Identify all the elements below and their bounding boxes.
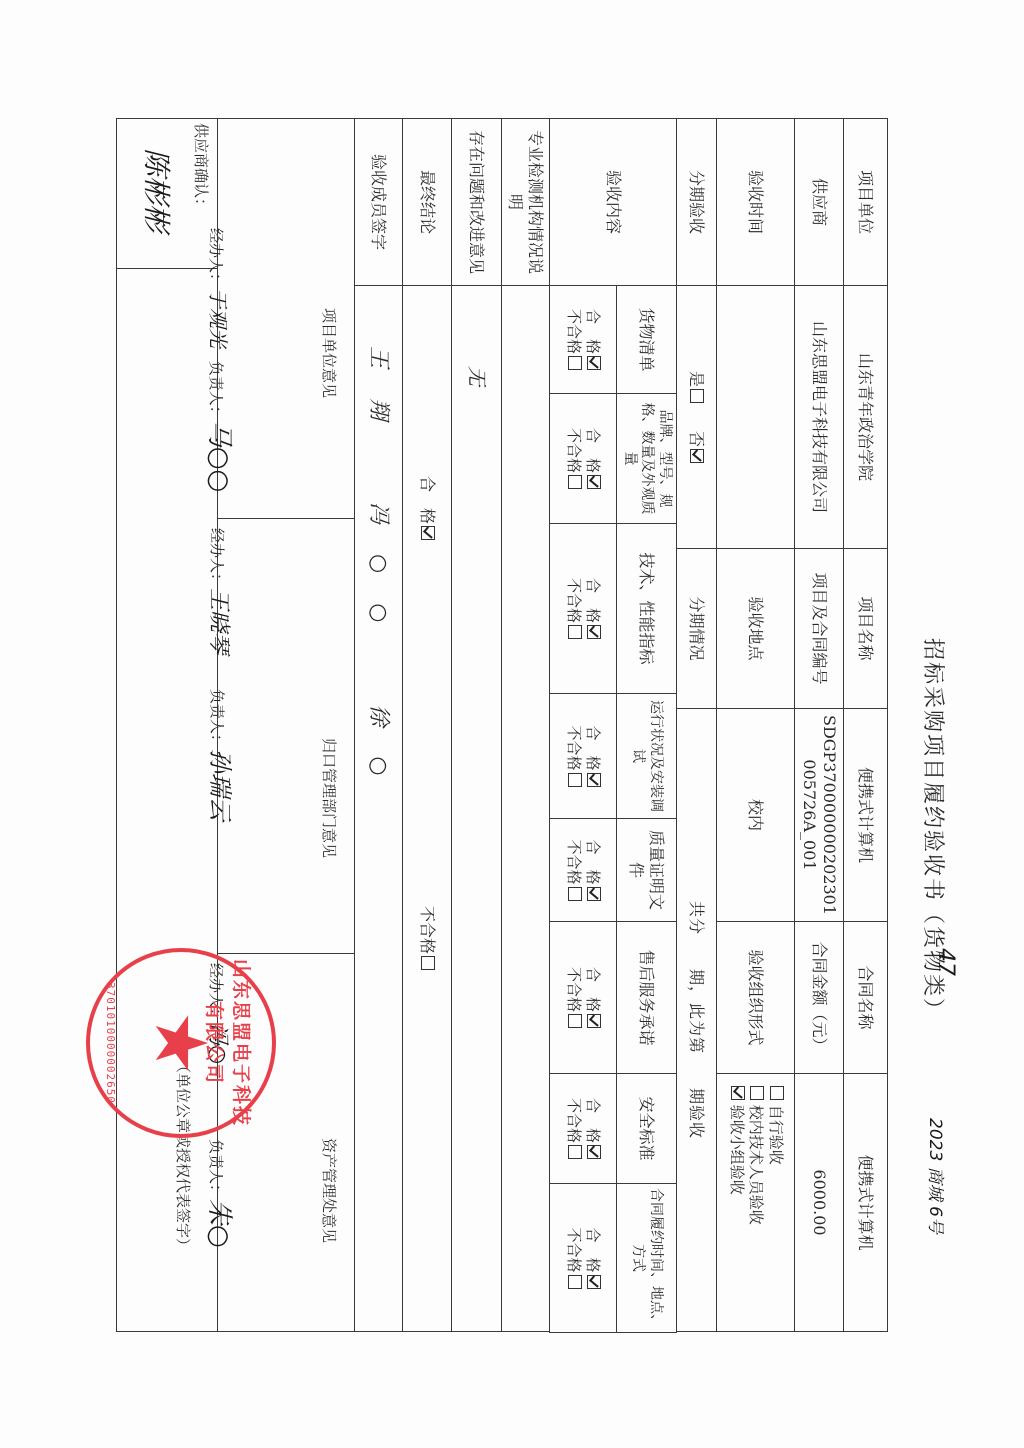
pass-option[interactable]: 合 格 bbox=[583, 1227, 603, 1288]
issues-label: 存在问题和改进意见 bbox=[451, 118, 502, 286]
asset-dept-opinion-title: 资产管理处意见 bbox=[319, 1138, 340, 1243]
inspection-item-label: 安全标准 bbox=[616, 1073, 677, 1184]
fail-option[interactable]: 不合格 bbox=[564, 967, 584, 1028]
fail-option[interactable]: 不合格 bbox=[564, 1227, 584, 1288]
checkbox-no-checked[interactable] bbox=[691, 449, 705, 463]
checkbox-panel-checked[interactable] bbox=[731, 1086, 745, 1100]
pass-option[interactable]: 合 格 bbox=[583, 839, 603, 900]
checkbox-final-pass-checked[interactable] bbox=[421, 526, 435, 540]
inspection-item-result: 合 格不合格 bbox=[549, 818, 617, 922]
checkbox-self[interactable] bbox=[770, 1086, 784, 1100]
pass-option[interactable]: 合 格 bbox=[583, 578, 603, 639]
installment-options: 是 否 bbox=[676, 285, 717, 549]
fail-option[interactable]: 不合格 bbox=[564, 725, 584, 786]
checkbox-fail[interactable] bbox=[568, 887, 582, 901]
acceptance-time-value[interactable] bbox=[716, 285, 795, 549]
checkbox-pass[interactable] bbox=[588, 625, 602, 639]
checkbox-fail[interactable] bbox=[568, 773, 582, 787]
acceptance-org-label: 验收组织形式 bbox=[716, 921, 795, 1074]
checkbox-pass[interactable] bbox=[588, 773, 602, 787]
fail-option[interactable]: 不合格 bbox=[564, 839, 584, 900]
inspection-item-result: 合 格不合格 bbox=[549, 1073, 617, 1184]
pass-option[interactable]: 合 格 bbox=[583, 428, 603, 489]
final-pass[interactable]: 合 格 bbox=[417, 476, 437, 540]
members-sign-label: 验收成员签字 bbox=[354, 118, 403, 286]
inspection-item-result: 合 格不合格 bbox=[549, 523, 617, 694]
final-fail[interactable]: 不合格 bbox=[417, 906, 437, 970]
project-name-value: 便携式计算机 bbox=[843, 708, 888, 922]
checkbox-fail[interactable] bbox=[568, 475, 582, 489]
contract-name-label: 合同名称 bbox=[843, 921, 888, 1074]
final-conclusion-options: 合 格 不合格 bbox=[402, 285, 452, 1332]
inspection-item-label: 运行状况及安装调试 bbox=[616, 693, 677, 819]
acceptance-place-label: 验收地点 bbox=[716, 548, 795, 709]
supplier-value: 山东思盟电子科技有限公司 bbox=[794, 285, 844, 549]
inspection-item-label: 合同履约时间、地点、方式 bbox=[616, 1183, 677, 1333]
inspection-item-label: 品牌、型号、规格、数量及外观质量 bbox=[616, 393, 677, 524]
checkbox-pass[interactable] bbox=[588, 1145, 602, 1159]
inspection-item-label: 质量证明文件 bbox=[616, 818, 677, 922]
contract-amount-value: 6000.00 bbox=[794, 1073, 844, 1332]
project-unit-label: 项目单位 bbox=[843, 118, 888, 286]
inspection-label: 验收内容 bbox=[549, 118, 677, 286]
project-unit-opinion-title: 项目单位意见 bbox=[319, 308, 340, 398]
inspection-item-label: 售后服务承诺 bbox=[616, 921, 677, 1074]
inspection-agency-label: 专业检测机构情况说明 bbox=[501, 118, 550, 286]
divider bbox=[218, 518, 355, 519]
fail-option[interactable]: 不合格 bbox=[564, 578, 584, 639]
installment-status-label: 分期情况 bbox=[676, 548, 717, 709]
inspection-item-result: 合 格不合格 bbox=[549, 693, 617, 819]
checkbox-pass[interactable] bbox=[588, 356, 602, 370]
inspection-item-result: 合 格不合格 bbox=[549, 285, 617, 394]
admin-dept-opinion-title: 归口管理部门意见 bbox=[319, 738, 340, 858]
checkbox-pass[interactable] bbox=[588, 887, 602, 901]
installment-status-text: 共分 期，此为第 期验收 bbox=[676, 708, 717, 1332]
checkbox-pass[interactable] bbox=[588, 475, 602, 489]
company-seal: 山东思盟电子科技有限公司 ★ 3701010000002650 bbox=[86, 948, 276, 1138]
inspection-item-result: 合 格不合格 bbox=[549, 1183, 617, 1333]
inspection-agency-value[interactable] bbox=[501, 285, 550, 1332]
installment-label: 分期验收 bbox=[676, 118, 717, 286]
org-option-tech-staff[interactable]: 校内技术人员验收 bbox=[746, 1084, 766, 1225]
fail-option[interactable]: 不合格 bbox=[564, 428, 584, 489]
inspection-item-result: 合 格不合格 bbox=[549, 921, 617, 1074]
checkbox-pass[interactable] bbox=[588, 1014, 602, 1028]
contract-no-value: SDGP370000000202301005726A_001 bbox=[794, 708, 844, 922]
checkbox-fail[interactable] bbox=[568, 1145, 582, 1159]
pass-option[interactable]: 合 格 bbox=[583, 967, 603, 1028]
project-unit-signatures: 经办人：于观光 负责人：马○○ bbox=[203, 228, 240, 492]
page-number-mark: 47 bbox=[933, 948, 958, 976]
contract-no-label: 项目及合同编号 bbox=[794, 548, 844, 709]
inspection-item-label: 技术、性能指标 bbox=[616, 523, 677, 694]
supplier-label: 供应商 bbox=[794, 118, 844, 286]
inspection-item-result: 合 格不合格 bbox=[549, 393, 617, 524]
members-signatures[interactable]: 王翔 冯○○ 徐○ bbox=[354, 285, 403, 1332]
contract-name-value: 便携式计算机 bbox=[843, 1073, 888, 1332]
acceptance-place-value: 校内 bbox=[716, 708, 795, 922]
checkbox-fail[interactable] bbox=[568, 1014, 582, 1028]
installment-no[interactable]: 否 bbox=[687, 431, 707, 463]
org-option-panel[interactable]: 验收小组验收 bbox=[726, 1084, 746, 1195]
archive-mark: 2023 商城 6号 bbox=[925, 1118, 950, 1234]
fail-option[interactable]: 不合格 bbox=[564, 309, 584, 370]
checkbox-pass[interactable] bbox=[588, 1275, 602, 1289]
final-conclusion-label: 最终结论 bbox=[402, 118, 452, 286]
org-option-self[interactable]: 自行验收 bbox=[765, 1084, 785, 1165]
project-name-label: 项目名称 bbox=[843, 548, 888, 709]
issues-value[interactable]: 无 bbox=[451, 285, 502, 1332]
acceptance-form-page: 招标采购项目履约验收书（货物类） 47 2023 商城 6号 项目单位 山东青年… bbox=[116, 118, 888, 1332]
checkbox-fail[interactable] bbox=[568, 356, 582, 370]
checkbox-final-fail[interactable] bbox=[421, 956, 435, 970]
seal-number: 3701010000002650 bbox=[104, 952, 117, 1134]
checkbox-fail[interactable] bbox=[568, 1275, 582, 1289]
pass-option[interactable]: 合 格 bbox=[583, 1098, 603, 1159]
installment-yes[interactable]: 是 bbox=[687, 371, 707, 403]
supplier-signature[interactable]: 陈彬彬 bbox=[138, 148, 178, 232]
project-unit-value: 山东青年政治学院 bbox=[843, 285, 888, 549]
pass-option[interactable]: 合 格 bbox=[583, 725, 603, 786]
star-icon: ★ bbox=[145, 1011, 217, 1076]
acceptance-org-options: 自行验收 校内技术人员验收 验收小组验收 bbox=[716, 1073, 795, 1332]
supplier-confirm-label: 供应商确认： bbox=[191, 123, 212, 213]
checkbox-yes[interactable] bbox=[691, 389, 705, 403]
fail-option[interactable]: 不合格 bbox=[564, 1098, 584, 1159]
pass-option[interactable]: 合 格 bbox=[583, 309, 603, 370]
checkbox-tech-staff[interactable] bbox=[750, 1086, 764, 1100]
admin-dept-signatures: 经办人：王晓琴 负责人：孙瑞云 bbox=[205, 528, 240, 821]
inspection-item-label: 货物清单 bbox=[616, 285, 677, 394]
contract-amount-label: 合同金额（元） bbox=[794, 921, 844, 1074]
checkbox-fail[interactable] bbox=[568, 625, 582, 639]
acceptance-time-label: 验收时间 bbox=[716, 118, 795, 286]
